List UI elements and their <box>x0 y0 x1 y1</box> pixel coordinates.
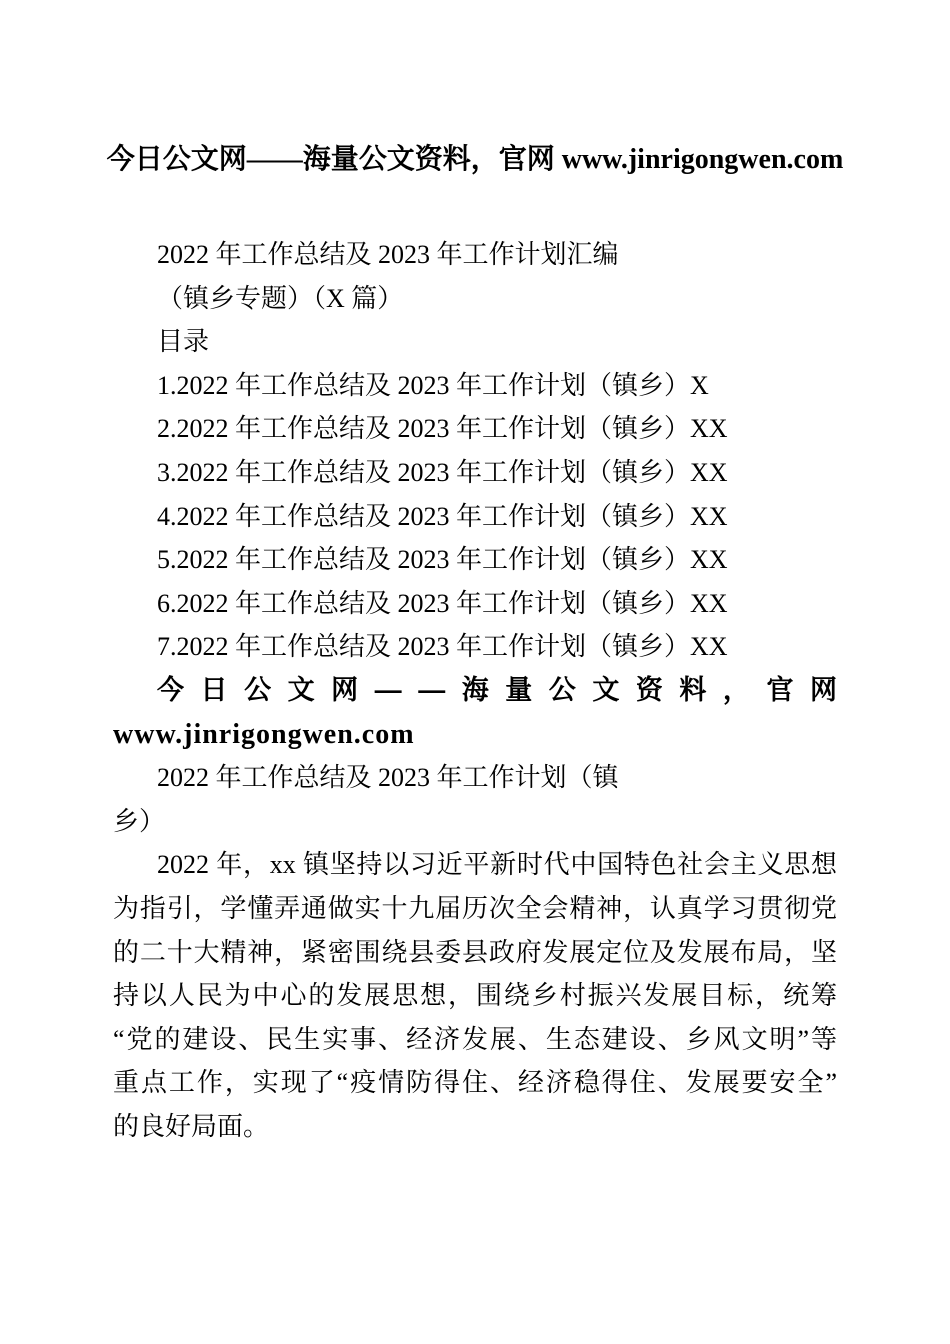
para-line-6: 重点工作，实现了“疫情防得住、经济稳得住、发展要安全” <box>113 1061 837 1105</box>
promo-char: 资 <box>636 669 663 713</box>
promo-char: — <box>418 669 445 713</box>
promo-char: 海 <box>462 669 489 713</box>
promo-line-justified: 今日公文网——海量公文资料，官网 <box>157 669 837 713</box>
doc-title-line1: 2022 年工作总结及 2023 年工作计划汇编 <box>113 233 837 277</box>
promo-char: ， <box>723 669 750 713</box>
para-line-7: 的良好局面。 <box>113 1105 837 1149</box>
promo-char: 网 <box>331 669 358 713</box>
document-page: 今日公文网——海量公文资料，官网 www.jinrigongwen.com 20… <box>0 0 950 1344</box>
promo-char: 公 <box>244 669 271 713</box>
site-header-text: 今日公文网——海量公文资料，官网 www.jinrigongwen.com <box>107 144 844 175</box>
toc-item-1: 1.2022 年工作总结及 2023 年工作计划（镇乡）X <box>113 364 837 408</box>
para-line-1: 2022 年，xx 镇坚持以习近平新时代中国特色社会主义思想 <box>113 843 837 887</box>
document-body: 2022 年工作总结及 2023 年工作计划汇编 （镇乡专题）（X 篇） 目录 … <box>113 233 837 1148</box>
subtitle-line-2: 乡） <box>113 800 837 844</box>
para-line-4: 持以人民为中心的发展思想，围绕乡村振兴发展目标，统筹 <box>113 974 837 1018</box>
toc-item-4: 4.2022 年工作总结及 2023 年工作计划（镇乡）XX <box>113 495 837 539</box>
para-line-2: 为指引，学懂弄通做实十九届历次全会精神，认真学习贯彻党 <box>113 887 837 931</box>
promo-char: 日 <box>201 669 228 713</box>
toc-heading: 目录 <box>113 320 837 364</box>
subtitle-line-1: 2022 年工作总结及 2023 年工作计划（镇 <box>113 756 837 800</box>
toc-item-3: 3.2022 年工作总结及 2023 年工作计划（镇乡）XX <box>113 451 837 495</box>
promo-char: 文 <box>592 669 619 713</box>
promo-char: 公 <box>549 669 576 713</box>
promo-char: 官 <box>766 669 793 713</box>
toc-item-6: 6.2022 年工作总结及 2023 年工作计划（镇乡）XX <box>113 582 837 626</box>
site-header: 今日公文网——海量公文资料，官网 www.jinrigongwen.com <box>0 0 950 182</box>
promo-char: — <box>375 669 402 713</box>
promo-char: 文 <box>288 669 315 713</box>
toc-item-5: 5.2022 年工作总结及 2023 年工作计划（镇乡）XX <box>113 538 837 582</box>
para-line-3: 的二十大精神，紧密围绕县委县政府发展定位及发展布局，坚 <box>113 931 837 975</box>
promo-char: 料 <box>679 669 706 713</box>
promo-url: www.jinrigongwen.com <box>113 713 837 757</box>
toc-item-2: 2.2022 年工作总结及 2023 年工作计划（镇乡）XX <box>113 407 837 451</box>
doc-title-line2: （镇乡专题）（X 篇） <box>113 277 837 321</box>
para-line-5: “党的建设、民生实事、经济发展、生态建设、乡风文明”等 <box>113 1018 837 1062</box>
promo-char: 网 <box>810 669 837 713</box>
promo-char: 今 <box>157 669 184 713</box>
toc-item-7: 7.2022 年工作总结及 2023 年工作计划（镇乡）XX <box>113 625 837 669</box>
promo-char: 量 <box>505 669 532 713</box>
